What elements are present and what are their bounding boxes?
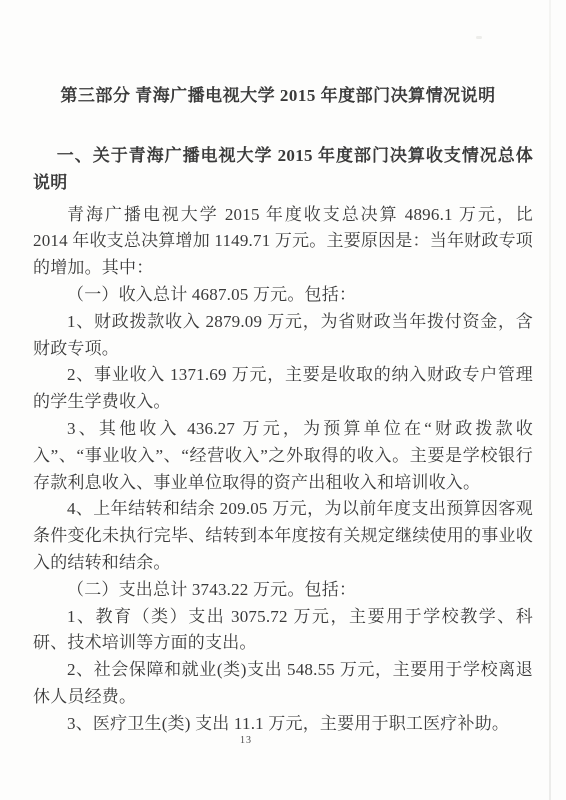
document-page: 第三部分 青海广播电视大学 2015 年度部门决算情况说明 一、关于青海广播电视… [0, 0, 566, 800]
document-body: 青海广播电视大学 2015 年度收支总决算 4896.1 万元，比 2014 年… [33, 202, 533, 738]
paragraph: 2、社会保障和就业(类)支出 548.55 万元，主要用于学校离退休人员经费。 [33, 657, 533, 711]
paragraph: 3、医疗卫生(类) 支出 11.1 万元，主要用于职工医疗补助。 [33, 711, 533, 738]
scan-smudge-artifact [476, 36, 482, 39]
paragraph: （二）支出总计 3743.22 万元。包括： [33, 577, 533, 604]
section-heading: 一、关于青海广播电视大学 2015 年度部门决算收支情况总体说明 [33, 143, 533, 197]
document-title: 第三部分 青海广播电视大学 2015 年度部门决算情况说明 [33, 85, 523, 107]
page-number: 13 [240, 735, 252, 746]
paragraph: 2、事业收入 1371.69 万元，主要是收取的纳入财政专户管理的学生学费收入。 [33, 362, 533, 416]
paragraph: 1、财政拨款收入 2879.09 万元，为省财政当年拨付资金，含财政专项。 [33, 309, 533, 363]
paragraph: 3、其他收入 436.27 万元，为预算单位在“财政拨款收入”、“事业收入”、“… [33, 416, 533, 496]
paragraph: 青海广播电视大学 2015 年度收支总决算 4896.1 万元，比 2014 年… [33, 202, 533, 282]
scan-edge-artifact [549, 0, 551, 800]
paragraph: （一）收入总计 4687.05 万元。包括： [33, 282, 533, 309]
paragraph: 1、教育（类）支出 3075.72 万元，主要用于学校教学、科研、技术培训等方面… [33, 604, 533, 658]
paragraph: 4、上年结转和结余 209.05 万元，为以前年度支出预算因客观条件变化未执行完… [33, 496, 533, 576]
